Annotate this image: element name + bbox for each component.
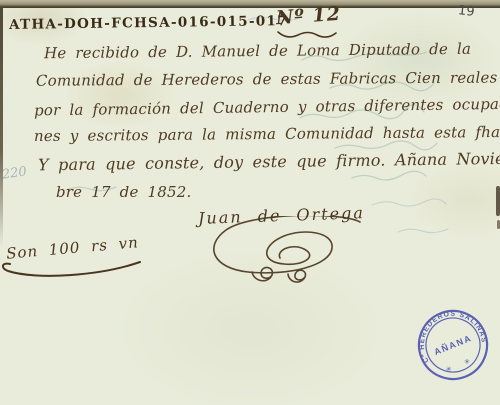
document-number: Nº 12 [275, 3, 341, 29]
community-stamp: Cª HEREDEROS SALINAS AÑANA ✳ ✳ [408, 300, 498, 390]
receipt-line: Comunidad de Herederos de estas Fabricas… [36, 68, 500, 89]
scanned-receipt-page: ATHA-DOH-FCHSA-016-015-017 Nº 12 19 He r… [0, 0, 500, 405]
folio-number: 19 [457, 3, 475, 20]
stamp-center-text: AÑANA [433, 333, 474, 357]
document-number-flourish [276, 27, 338, 41]
receipt-line: bre 17 de 1852. [56, 183, 191, 201]
amount-underline-flourish [0, 256, 142, 282]
signature-rubric-flourish [192, 216, 372, 288]
